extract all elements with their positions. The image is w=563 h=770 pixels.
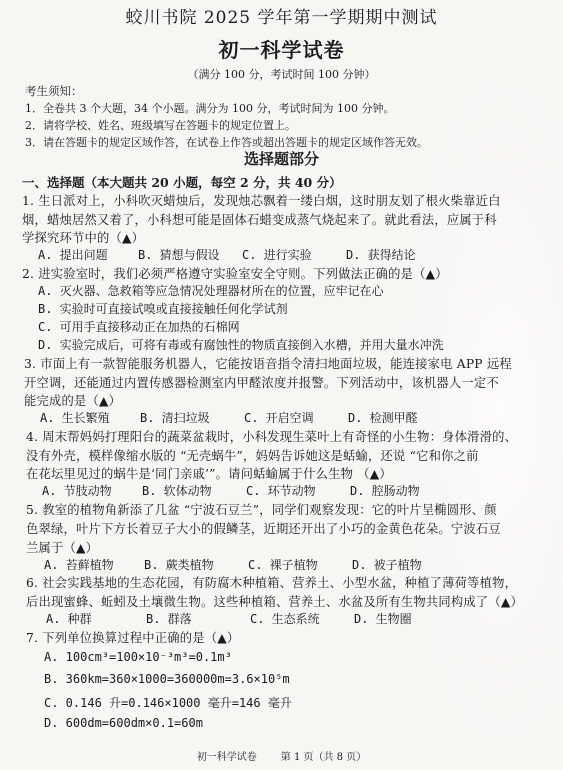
option-a: A. 种群	[46, 610, 146, 627]
question-1-line: 烟，蜡烛居然又着了，小科想可能是固体石蜡变成蒸气烧起来了。就此看法，应属于科	[22, 210, 497, 228]
exam-note: （满分 100 分，考试时间 100 分钟）	[0, 66, 563, 82]
option-b: B. 蕨类植物	[144, 556, 248, 573]
question-4-line: 没有外壳，模样像缩水版的 “无壳蜗牛”，妈妈告诉她这是蛞蝓，还说 “它和你之前	[26, 446, 479, 464]
question-5-line: 兰属于（▲）	[26, 538, 98, 556]
question-2-option-a: A. 灭火器、急救箱等应急情况处理器材所在的位置，应牢记在心	[38, 282, 384, 299]
instruction-item: 2．请将学校、姓名、班级填写在答题卡的规定位置上。	[25, 117, 296, 133]
option-d: D. 腔肠动物	[350, 482, 420, 499]
question-1-line: 1. 生日派对上，小科吹灭蜡烛后，发现烛芯飘着一缕白烟，这时朋友划了根火柴靠近白	[22, 191, 501, 209]
question-3-line: 能完成的是（▲）	[24, 391, 121, 409]
question-2-line: 2. 进实验室时，我们必须严格遵守实验室安全守则。下列做法正确的是（▲）	[22, 264, 448, 282]
question-3-options: A. 生长繁殖B. 清扫垃圾C. 开启空调D. 检测甲醛	[40, 409, 418, 426]
instructions-label: 考生须知：	[25, 83, 83, 99]
question-6-options: A. 种群B. 群落C. 生态系统D. 生物圈	[46, 610, 412, 627]
question-7-option-c: C. 0.146 升=0.146×1000 毫升=146 毫升	[44, 694, 292, 711]
question-4-line: 4. 周末帮妈妈打理阳台的蔬菜盆栽时，小科发现生菜叶上有奇怪的小生物：身体滑滑的…	[26, 427, 517, 445]
option-d: D. 获得结论	[346, 246, 416, 263]
question-6-line: 6. 社会实践基地的生态花园，有防腐木种植箱、营养土、小型水盆，种植了薄荷等植物…	[26, 573, 517, 591]
option-c: C. 生态系统	[250, 610, 354, 627]
option-c: C. 开启空调	[244, 409, 348, 426]
question-5-line: 色翠绿，叶片下方长着豆子大小的假鳞茎，近期还开出了小巧的金黄色花朵。宁波石豆	[26, 519, 501, 537]
question-1-options: A. 提出问题B. 猜想与假设C. 进行实验D. 获得结论	[38, 246, 416, 263]
option-c: C. 进行实验	[242, 246, 346, 263]
question-7-option-d: D. 600dm=600dm×0.1=60m	[44, 716, 203, 730]
question-5-options: A. 苔藓植物B. 蕨类植物C. 裸子植物D. 被子植物	[44, 556, 422, 573]
question-7-line: 7. 下列单位换算过程中正确的是（▲）	[26, 628, 239, 646]
exam-title: 蛟川书院 2025 学年第一学期期中测试	[0, 3, 563, 28]
option-a: A. 生长繁殖	[40, 409, 140, 426]
option-b: B. 群落	[146, 610, 250, 627]
question-3-line: 开空调，还能通过内置传感器检测室内甲醛浓度并报警。下列活动中，该机器人一定不	[24, 373, 499, 391]
question-7-option-a: A. 100cm³=100×10⁻³m³=0.1m³	[44, 650, 232, 664]
exam-subtitle: 初一科学试卷	[0, 34, 563, 63]
instruction-item: 1．全卷共 3 个大题，34 个小题。满分为 100 分，考试时间为 100 分…	[25, 100, 394, 116]
question-5-line: 5. 教室的植物角新添了几盆 “宁波石豆兰”，同学们观察发现：它的叶片呈椭圆形、…	[26, 500, 497, 518]
question-1-line: 学探究环节中的（▲）	[22, 228, 144, 246]
option-d: D. 检测甲醛	[348, 409, 418, 426]
section-title: 选择题部分	[0, 148, 563, 169]
option-d: D. 被子植物	[352, 556, 422, 573]
exam-page: 蛟川书院 2025 学年第一学期期中测试 初一科学试卷 （满分 100 分，考试…	[0, 0, 563, 770]
option-a: A. 提出问题	[38, 246, 138, 263]
question-4-options: A. 节肢动物B. 软体动物C. 环节动物D. 腔肠动物	[42, 482, 420, 499]
question-3-line: 3. 市面上有一款智能服务机器人，它能按语音指令清扫地面垃圾，能连接家电 APP…	[24, 354, 512, 372]
option-c: C. 环节动物	[246, 482, 350, 499]
question-2-option-d: D. 实验完成后，可将有毒或有腐蚀性的物质直接倒入水槽，并用大量水冲洗	[38, 336, 444, 353]
option-d: D. 生物圈	[354, 610, 412, 627]
question-4-line: 在花坛里见过的蜗牛是‘同门亲戚’”。请问蛞蝓属于什么生物 （▲）	[26, 464, 392, 482]
option-b: B. 清扫垃圾	[140, 409, 244, 426]
footer-exam-name: 初一科学试卷	[197, 752, 257, 763]
question-7-option-b: B. 360km=360×1000=360000m=3.6×10⁵m	[44, 672, 290, 686]
option-c: C. 裸子植物	[248, 556, 352, 573]
page-footer: 初一科学试卷第 1 页（共 8 页）	[0, 748, 563, 763]
option-a: A. 苔藓植物	[44, 556, 144, 573]
option-b: B. 猜想与假设	[138, 246, 242, 263]
question-2-option-b: B. 实验时可直接试嗅或直接接触任何化学试剂	[38, 300, 288, 317]
option-a: A. 节肢动物	[42, 482, 142, 499]
option-b: B. 软体动物	[142, 482, 246, 499]
question-2-option-c: C. 可用手直接移动正在加热的石棉网	[38, 318, 240, 335]
footer-page-number: 第 1 页（共 8 页）	[281, 752, 366, 763]
question-6-line: 后出现蜜蜂、蚯蚓及土壤微生物。这些种植箱、营养土、水盆及所有生物共同构成了（▲）	[26, 592, 523, 610]
part-heading: 一、选择题（本大题共 20 小题，每空 2 分，共 40 分）	[22, 173, 342, 191]
